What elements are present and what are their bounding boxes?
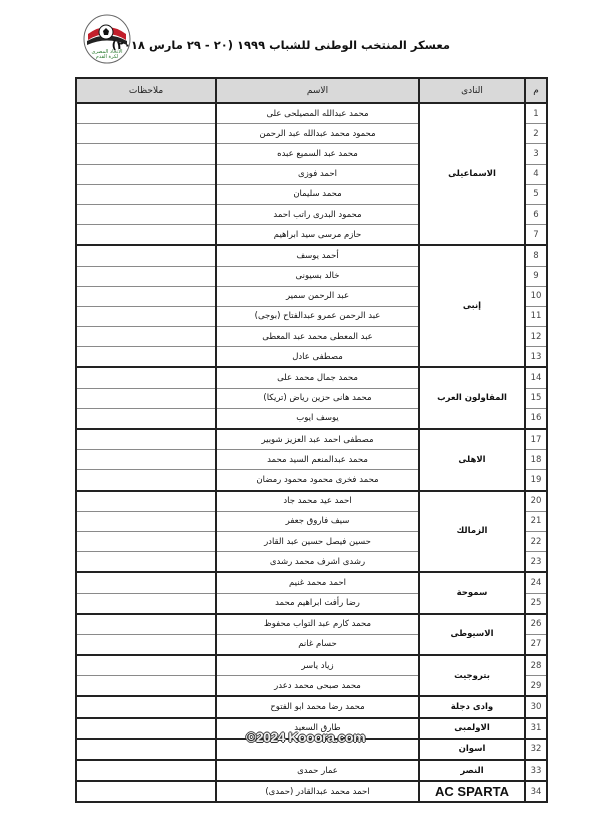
- notes-cell: [76, 531, 216, 551]
- player-name: احمد فوزى: [216, 164, 419, 184]
- row-number: 13: [525, 347, 547, 368]
- club-cell: بتروجيت: [419, 655, 525, 696]
- row-number: 7: [525, 225, 547, 246]
- notes-cell: [76, 225, 216, 246]
- notes-cell: [76, 655, 216, 676]
- row-number: 16: [525, 408, 547, 429]
- row-number: 1: [525, 103, 547, 124]
- player-name: عبد المعطى محمد عبد المعطى: [216, 327, 419, 347]
- row-number: 22: [525, 531, 547, 551]
- row-number: 12: [525, 327, 547, 347]
- player-name: احمد عيد محمد جاد: [216, 491, 419, 512]
- club-cell: النصر: [419, 760, 525, 781]
- club-cell: الاسيوطى: [419, 614, 525, 655]
- header-num: م: [525, 78, 547, 103]
- notes-cell: [76, 245, 216, 266]
- row-number: 21: [525, 511, 547, 531]
- notes-cell: [76, 103, 216, 124]
- row-number: 23: [525, 552, 547, 573]
- player-name: محمد هانى حزين رياض (تريكا): [216, 388, 419, 408]
- notes-cell: [76, 781, 216, 802]
- player-name: عبد الرحمن سمير: [216, 286, 419, 306]
- table-row: 28بتروجيتزياد ياسر: [76, 655, 547, 676]
- table-row: 30وادى دجلةمحمد رضا محمد ابو الفتوح: [76, 696, 547, 717]
- player-name: زياد ياسر: [216, 655, 419, 676]
- notes-cell: [76, 676, 216, 697]
- svg-text:لكرة القدم: لكرة القدم: [96, 54, 119, 60]
- player-name: محمد صبحى محمد دعدر: [216, 676, 419, 697]
- notes-cell: [76, 696, 216, 717]
- table-row: 33النصرعمار حمدى: [76, 760, 547, 781]
- player-name: رضا رأفت ابراهيم محمد: [216, 593, 419, 614]
- notes-cell: [76, 164, 216, 184]
- notes-cell: [76, 634, 216, 655]
- notes-cell: [76, 184, 216, 204]
- player-name: خالد بسيونى: [216, 266, 419, 286]
- header-name: الاسم: [216, 78, 419, 103]
- player-name: أحمد يوسف: [216, 245, 419, 266]
- row-number: 26: [525, 614, 547, 635]
- notes-cell: [76, 408, 216, 429]
- row-number: 2: [525, 124, 547, 144]
- club-cell: سموحة: [419, 572, 525, 613]
- row-number: 29: [525, 676, 547, 697]
- notes-cell: [76, 429, 216, 450]
- player-name: محمد كارم عبد التواب محفوظ: [216, 614, 419, 635]
- table-header-row: م النادى الاسم ملاحظات: [76, 78, 547, 103]
- table-row: 1الاسماعيلىمحمد عبدالله المصيلحى على: [76, 103, 547, 124]
- notes-cell: [76, 760, 216, 781]
- watermark: ©2024 Kooora.com: [246, 729, 365, 745]
- row-number: 34: [525, 781, 547, 802]
- player-name: محمود البدرى راتب احمد: [216, 204, 419, 224]
- row-number: 33: [525, 760, 547, 781]
- player-name: محمد جمال محمد على: [216, 367, 419, 388]
- club-cell: الاهلى: [419, 429, 525, 491]
- notes-cell: [76, 367, 216, 388]
- player-name: حسين فيصل حسين عبد القادر: [216, 531, 419, 551]
- club-cell: المقاولون العرب: [419, 367, 525, 429]
- club-cell: إنبى: [419, 245, 525, 367]
- table-row: 34AC SPARTAاحمد محمد عبدالقادر (حمدى): [76, 781, 547, 802]
- row-number: 11: [525, 306, 547, 326]
- notes-cell: [76, 593, 216, 614]
- row-number: 3: [525, 144, 547, 164]
- roster-table: م النادى الاسم ملاحظات 1الاسماعيلىمحمد ع…: [75, 77, 548, 803]
- player-name: يوسف ايوب: [216, 408, 419, 429]
- row-number: 9: [525, 266, 547, 286]
- row-number: 14: [525, 367, 547, 388]
- notes-cell: [76, 347, 216, 368]
- row-number: 31: [525, 718, 547, 739]
- row-number: 10: [525, 286, 547, 306]
- player-name: عمار حمدى: [216, 760, 419, 781]
- row-number: 4: [525, 164, 547, 184]
- row-number: 24: [525, 572, 547, 593]
- table-row: 14المقاولون العربمحمد جمال محمد على: [76, 367, 547, 388]
- player-name: محمود محمد عبدالله عبد الرحمن: [216, 124, 419, 144]
- notes-cell: [76, 491, 216, 512]
- row-number: 32: [525, 739, 547, 760]
- player-name: حسام غانم: [216, 634, 419, 655]
- roster-body: 1الاسماعيلىمحمد عبدالله المصيلحى على2محم…: [76, 103, 547, 802]
- club-cell: AC SPARTA: [419, 781, 525, 802]
- player-name: محمد عبدالمنعم السيد محمد: [216, 450, 419, 470]
- club-cell: وادى دجلة: [419, 696, 525, 717]
- player-name: مصطفى احمد عبد العزيز شوبير: [216, 429, 419, 450]
- notes-cell: [76, 572, 216, 593]
- notes-cell: [76, 388, 216, 408]
- table-row: 8إنبىأحمد يوسف: [76, 245, 547, 266]
- table-row: 24سموحةاحمد محمد غنيم: [76, 572, 547, 593]
- player-name: محمد سليمان: [216, 184, 419, 204]
- player-name: عبد الرحمن عمرو عبدالفتاح (بوجى): [216, 306, 419, 326]
- notes-cell: [76, 144, 216, 164]
- notes-cell: [76, 718, 216, 739]
- notes-cell: [76, 306, 216, 326]
- club-cell: الزمالك: [419, 491, 525, 573]
- table-row: 26الاسيوطىمحمد كارم عبد التواب محفوظ: [76, 614, 547, 635]
- header-notes: ملاحظات: [76, 78, 216, 103]
- player-name: محمد فخرى محمود محمود رمضان: [216, 470, 419, 491]
- club-cell: الاسماعيلى: [419, 103, 525, 245]
- player-name: محمد عبدالله المصيلحى على: [216, 103, 419, 124]
- notes-cell: [76, 511, 216, 531]
- row-number: 5: [525, 184, 547, 204]
- player-name: حازم مرسى سيد ابراهيم: [216, 225, 419, 246]
- player-name: مصطفى عادل: [216, 347, 419, 368]
- row-number: 6: [525, 204, 547, 224]
- row-number: 18: [525, 450, 547, 470]
- page-title: معسكر المنتخب الوطنى للشباب ١٩٩٩ (٢٠ - ٢…: [170, 38, 450, 52]
- row-number: 17: [525, 429, 547, 450]
- row-number: 28: [525, 655, 547, 676]
- notes-cell: [76, 327, 216, 347]
- player-name: احمد محمد عبدالقادر (حمدى): [216, 781, 419, 802]
- row-number: 8: [525, 245, 547, 266]
- notes-cell: [76, 450, 216, 470]
- club-cell: اسوان: [419, 739, 525, 760]
- notes-cell: [76, 470, 216, 491]
- club-cell: الاولمبى: [419, 718, 525, 739]
- table-row: 20الزمالكاحمد عيد محمد جاد: [76, 491, 547, 512]
- header-club: النادى: [419, 78, 525, 103]
- notes-cell: [76, 552, 216, 573]
- player-name: رشدى اشرف محمد رشدى: [216, 552, 419, 573]
- notes-cell: [76, 204, 216, 224]
- row-number: 19: [525, 470, 547, 491]
- notes-cell: [76, 286, 216, 306]
- row-number: 30: [525, 696, 547, 717]
- notes-cell: [76, 614, 216, 635]
- row-number: 27: [525, 634, 547, 655]
- row-number: 20: [525, 491, 547, 512]
- notes-cell: [76, 739, 216, 760]
- table-row: 17الاهلىمصطفى احمد عبد العزيز شوبير: [76, 429, 547, 450]
- player-name: سيف فاروق جعفر: [216, 511, 419, 531]
- player-name: احمد محمد غنيم: [216, 572, 419, 593]
- notes-cell: [76, 266, 216, 286]
- player-name: محمد عبد السميع عبده: [216, 144, 419, 164]
- player-name: محمد رضا محمد ابو الفتوح: [216, 696, 419, 717]
- row-number: 15: [525, 388, 547, 408]
- row-number: 25: [525, 593, 547, 614]
- notes-cell: [76, 124, 216, 144]
